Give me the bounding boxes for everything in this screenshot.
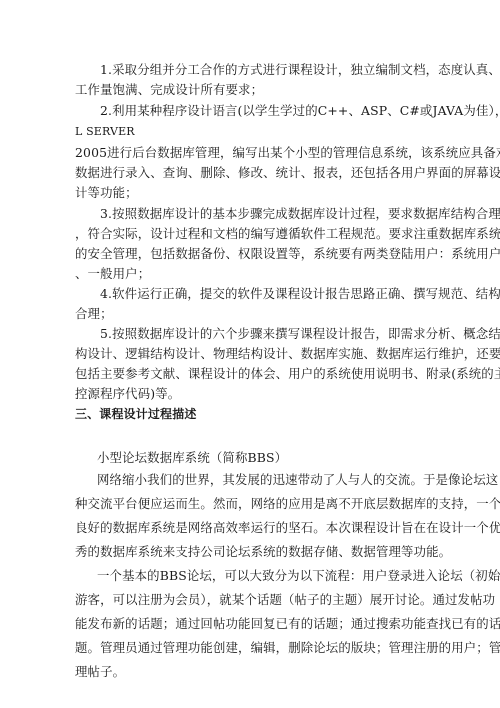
requirement-2-line-1: 2.利用某种程序设计语言(以学生学过的C++、ASP、C#或JAVA为佳），用S… — [100, 103, 500, 119]
intro-line-4: 秀的数据库系统来支持公司论坛系统的数据存储、数据管理等功能。 — [75, 544, 451, 560]
requirement-3-line-2: ，符合实际，设计过程和文档的编写遵循软件工程规范。要求注重数据库系统 — [75, 226, 500, 242]
requirement-5-line-4: 控源程序代码)等。 — [75, 386, 180, 402]
intro-line-3: 良好的数据库系统是网络高效率运行的坚石。本次课程设计旨在在设计一个优 — [75, 520, 500, 536]
system-title: 小型论坛数据库系统（简称BBS） — [97, 450, 287, 466]
flow-line-4: 题。管理员通过管理功能创建，编辑，删除论坛的版块；管理注册的用户；管 — [75, 640, 500, 656]
requirement-1-line-1: 1.采取分组并分工合作的方式进行课程设计，独立编制文档，态度认真、 — [100, 62, 500, 78]
requirement-2-line-5: 计等功能； — [75, 185, 138, 201]
requirement-3-line-3: 的安全管理，包括数据备份、权限设置等，系统要有两类登陆用户：系统用户 — [75, 246, 500, 262]
intro-line-1: 网络缩小我们的世界，其发展的迅速带动了人与人的交流。于是像论坛这 — [97, 472, 498, 488]
requirement-5-line-2: 构设计、逻辑结构设计、物理结构设计、数据库实施、数据库运行维护，还要 — [75, 346, 500, 362]
requirement-4-line-2: 合理； — [75, 306, 113, 322]
intro-line-2: 种交流平台便应运而生。然而，网络的应用是离不开底层数据库的支持，一个 — [75, 496, 500, 512]
requirement-1-line-2: 工作量饱满、完成设计所有要求； — [75, 82, 263, 98]
document-page: 1.采取分组并分工合作的方式进行课程设计，独立编制文档，态度认真、 工作量饱满、… — [0, 0, 500, 708]
flow-line-3: 能发布新的话题；通过回帖功能回复已有的话题；通过搜索功能查找已有的话 — [75, 616, 500, 632]
requirement-2-line-2: L SERVER — [75, 124, 135, 140]
requirement-3-line-1: 3.按照数据库设计的基本步骤完成数据库设计过程，要求数据库结构合理 — [100, 206, 500, 222]
flow-line-2: 游客，可以注册为会员），就某个话题（帖子的主题）展开讨论。通过发帖功 — [75, 592, 495, 608]
requirement-2-line-3: 2005进行后台数据库管理，编写出某个小型的管理信息系统，该系统应具备对 — [75, 145, 500, 161]
requirement-5-line-1: 5.按照数据库设计的六个步骤来撰写课程设计报告，即需求分析、概念结 — [100, 326, 500, 342]
section-heading: 三、课程设计过程描述 — [75, 406, 197, 422]
requirement-5-line-3: 包括主要参考文献、课程设计的体会、用户的系统使用说明书、附录(系统的主 — [75, 366, 500, 382]
requirement-3-line-4: 、一般用户； — [75, 266, 150, 282]
flow-line-1: 一个基本的BBS论坛，可以大致分为以下流程：用户登录进入论坛（初始为 — [97, 568, 500, 584]
requirement-4-line-1: 4.软件运行正确，提交的软件及课程设计报告思路正确、撰写规范、结构 — [100, 286, 500, 302]
requirement-2-line-4: 数据进行录入、查询、删除、修改、统计、报表，还包括各用户界面的屏幕设 — [75, 165, 500, 181]
flow-line-5: 理帖子。 — [75, 664, 125, 680]
